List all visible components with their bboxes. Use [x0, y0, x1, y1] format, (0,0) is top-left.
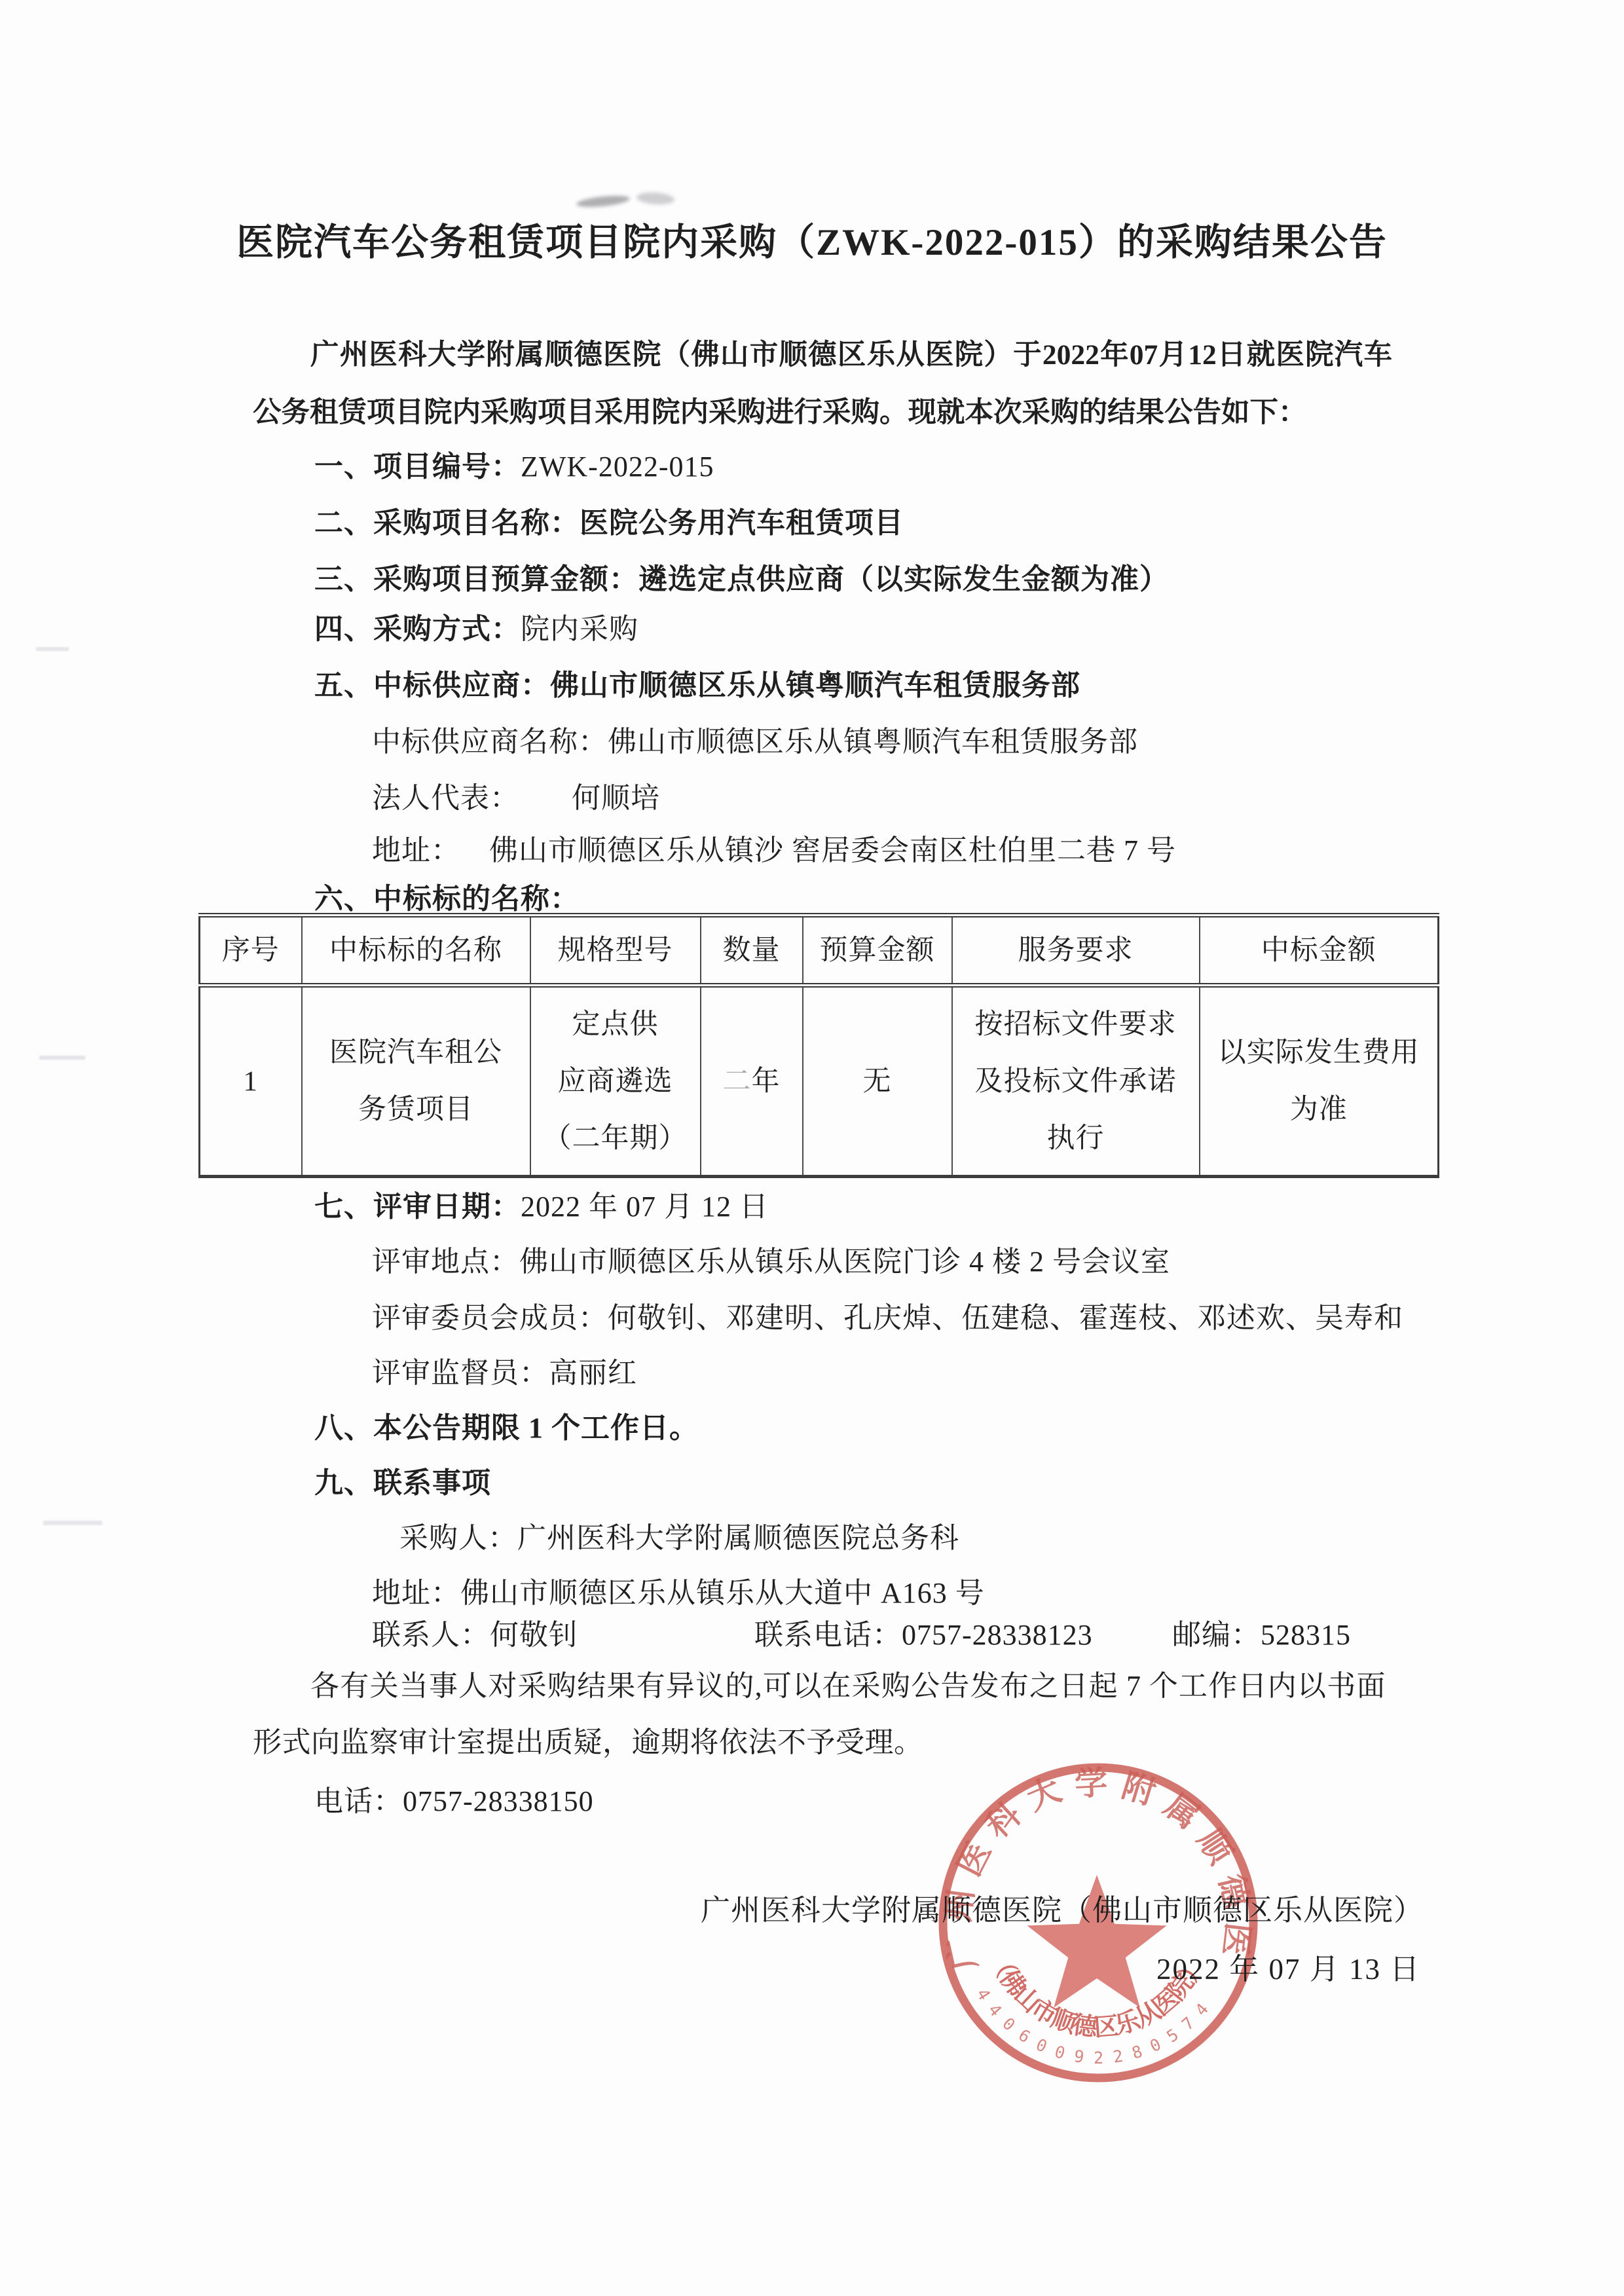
contact-tel-label: 联系电话：: [754, 1619, 902, 1651]
item-budget: 三、采购项目预算金额：遴选定点供应商（以实际发生金额为准）: [314, 563, 1169, 597]
scan-smudge: [576, 194, 630, 209]
review-committee-line: 评审委员会成员：何敬钊、邓建明、孔庆焯、伍建稳、霍莲枝、邓述欢、吴寿和: [372, 1302, 1403, 1335]
objection-paragraph: 各有关当事人对采购结果有异议的,可以在采购公告发布之日起 7 个工作日内以书面形…: [253, 1658, 1386, 1771]
purchaser-address-label: 地址：: [372, 1577, 460, 1609]
item-project-number: 一、项目编号：ZWK-2022-015: [314, 451, 714, 484]
contact-tel: 联系电话：0757-28338123: [754, 1619, 1093, 1652]
supplier-name-line: 中标供应商名称：佛山市顺德区乐从镇粤顺汽车租赁服务部: [372, 726, 1138, 759]
contact-person-label: 联系人：: [372, 1619, 490, 1651]
item-award-name-heading: 六、中标标的名称：: [314, 883, 580, 916]
review-place-value: 佛山市顺德区乐从镇乐从医院门诊 4 楼 2 号会议室: [519, 1246, 1170, 1278]
objection-phone-label: 电话：: [314, 1785, 403, 1817]
document-page: 医院汽车公务租赁项目院内采购（ZWK-2022-015）的采购结果公告 广州医科…: [0, 0, 1624, 2296]
col-amount: 中标金额: [1200, 916, 1439, 986]
supplier-address-label: 地址：: [372, 834, 460, 866]
contact-person: 联系人：何敬钊: [372, 1619, 578, 1652]
purchaser-label: 采购人：: [399, 1522, 517, 1554]
purchaser-address-value: 佛山市顺德区乐从镇乐从大道中 A163 号: [460, 1577, 985, 1609]
objection-phone-line: 电话：0757-28338150: [314, 1785, 594, 1819]
item-contact-heading: 九、联系事项: [314, 1467, 491, 1500]
cell-service: 按招标文件要求 及投标文件承诺 执行: [952, 986, 1200, 1177]
award-table-row: 1 医院汽车租公 务赁项目 定点供 应商遴选 （二年期） 二年 无 按招标文件要…: [200, 986, 1439, 1177]
cell-seq: 1: [200, 986, 302, 1177]
legal-rep-value: 何顺培: [572, 782, 660, 814]
scan-mark: [36, 647, 69, 651]
notice-period-label: 八、本公告期限 1 个工作日。: [314, 1412, 699, 1444]
cell-amount: 以实际发生费用 为准: [1200, 986, 1439, 1177]
contact-postcode: 邮编：528315: [1172, 1619, 1351, 1652]
cell-budget: 无: [803, 986, 952, 1177]
cell-spec: 定点供 应商遴选 （二年期）: [530, 986, 701, 1177]
cell-qty-faint: 二: [723, 1066, 752, 1097]
doc-title: 医院汽车公务租赁项目院内采购（ZWK-2022-015）的采购结果公告: [0, 212, 1624, 266]
col-service: 服务要求: [952, 916, 1200, 986]
review-supervisor-value: 高丽红: [549, 1357, 637, 1389]
item-supplier-value: 佛山市顺德区乐从镇粤顺汽车租赁服务部: [550, 669, 1080, 701]
contact-person-value: 何敬钊: [490, 1619, 578, 1651]
review-committee-value: 何敬钊、邓建明、孔庆焯、伍建稳、霍莲枝、邓述欢、吴寿和: [608, 1302, 1403, 1334]
item-review-date: 七、评审日期：2022 年 07 月 12 日: [314, 1191, 769, 1224]
footer-date: 2022 年 07 月 13 日: [1156, 1945, 1420, 1988]
scan-mark: [43, 1521, 102, 1525]
scan-smudge: [636, 191, 674, 206]
cell-name: 医院汽车租公 务赁项目: [302, 986, 530, 1177]
item-project-name-value: 医院公务用汽车租赁项目: [580, 507, 904, 539]
item-supplier: 五、中标供应商：佛山市顺德区乐从镇粤顺汽车租赁服务部: [314, 669, 1080, 703]
footer-organization: 广州医科大学附属顺德医院（佛山市顺德区乐从医院）: [701, 1886, 1424, 1929]
item-award-name-label: 六、中标标的名称：: [314, 883, 580, 915]
objection-phone-value: 0757-28338150: [403, 1785, 594, 1817]
contact-tel-value: 0757-28338123: [902, 1619, 1093, 1651]
item-method-label: 四、采购方式：: [314, 613, 521, 645]
contact-heading-label: 九、联系事项: [314, 1467, 491, 1499]
item-project-name: 二、采购项目名称：医院公务用汽车租赁项目: [314, 507, 904, 540]
review-committee-label: 评审委员会成员：: [372, 1302, 608, 1334]
supplier-name-label: 中标供应商名称：: [372, 726, 608, 758]
legal-rep-label: 法人代表：: [372, 782, 519, 814]
cell-qty-rest: 年: [752, 1066, 781, 1097]
award-table: 序号 中标标的名称 规格型号 数量 预算金额 服务要求 中标金额 1 医院汽车租…: [198, 913, 1439, 1178]
purchaser-line: 采购人：广州医科大学附属顺德医院总务科: [399, 1522, 959, 1555]
col-spec: 规格型号: [530, 916, 701, 986]
item-method: 四、采购方式：院内采购: [314, 613, 638, 646]
review-place-label: 评审地点：: [372, 1246, 519, 1278]
legal-rep-line: 法人代表：何顺培: [372, 782, 660, 815]
supplier-name-value: 佛山市顺德区乐从镇粤顺汽车租赁服务部: [608, 726, 1138, 758]
col-name: 中标标的名称: [302, 916, 530, 986]
supplier-address-line: 地址：佛山市顺德区乐从镇沙 窖居委会南区杜伯里二巷 7 号: [372, 834, 1176, 868]
intro-paragraph: 广州医科大学附属顺德医院（佛山市顺德区乐从医院）于2022年07月12日就医院汽…: [253, 326, 1392, 441]
item-method-value: 院内采购: [521, 613, 638, 645]
item-notice-period: 八、本公告期限 1 个工作日。: [314, 1412, 699, 1445]
col-budget: 预算金额: [803, 916, 952, 986]
contact-postcode-label: 邮编：: [1172, 1619, 1261, 1651]
contact-postcode-value: 528315: [1261, 1619, 1351, 1651]
item-supplier-label: 五、中标供应商：: [314, 669, 550, 701]
item-project-number-value: ZWK-2022-015: [521, 451, 714, 483]
cell-qty: 二年: [701, 986, 803, 1177]
item-project-name-label: 二、采购项目名称：: [314, 507, 580, 539]
col-seq: 序号: [200, 916, 302, 986]
scan-mark: [39, 1056, 85, 1060]
col-qty: 数量: [701, 916, 803, 986]
award-table-header-row: 序号 中标标的名称 规格型号 数量 预算金额 服务要求 中标金额: [200, 916, 1439, 986]
supplier-address-value: 佛山市顺德区乐从镇沙 窖居委会南区杜伯里二巷 7 号: [489, 834, 1176, 866]
item-project-number-label: 一、项目编号：: [314, 451, 521, 483]
review-supervisor-label: 评审监督员：: [372, 1357, 549, 1389]
review-date-value: 2022 年 07 月 12 日: [521, 1191, 769, 1223]
review-place-line: 评审地点：佛山市顺德区乐从镇乐从医院门诊 4 楼 2 号会议室: [372, 1246, 1170, 1279]
purchaser-address-line: 地址：佛山市顺德区乐从镇乐从大道中 A163 号: [372, 1577, 985, 1610]
item-budget-value: 遴选定点供应商（以实际发生金额为准）: [638, 563, 1169, 595]
review-supervisor-line: 评审监督员：高丽红: [372, 1357, 637, 1390]
review-date-label: 七、评审日期：: [314, 1191, 521, 1223]
item-budget-label: 三、采购项目预算金额：: [314, 563, 638, 595]
purchaser-value: 广州医科大学附属顺德医院总务科: [517, 1522, 959, 1554]
